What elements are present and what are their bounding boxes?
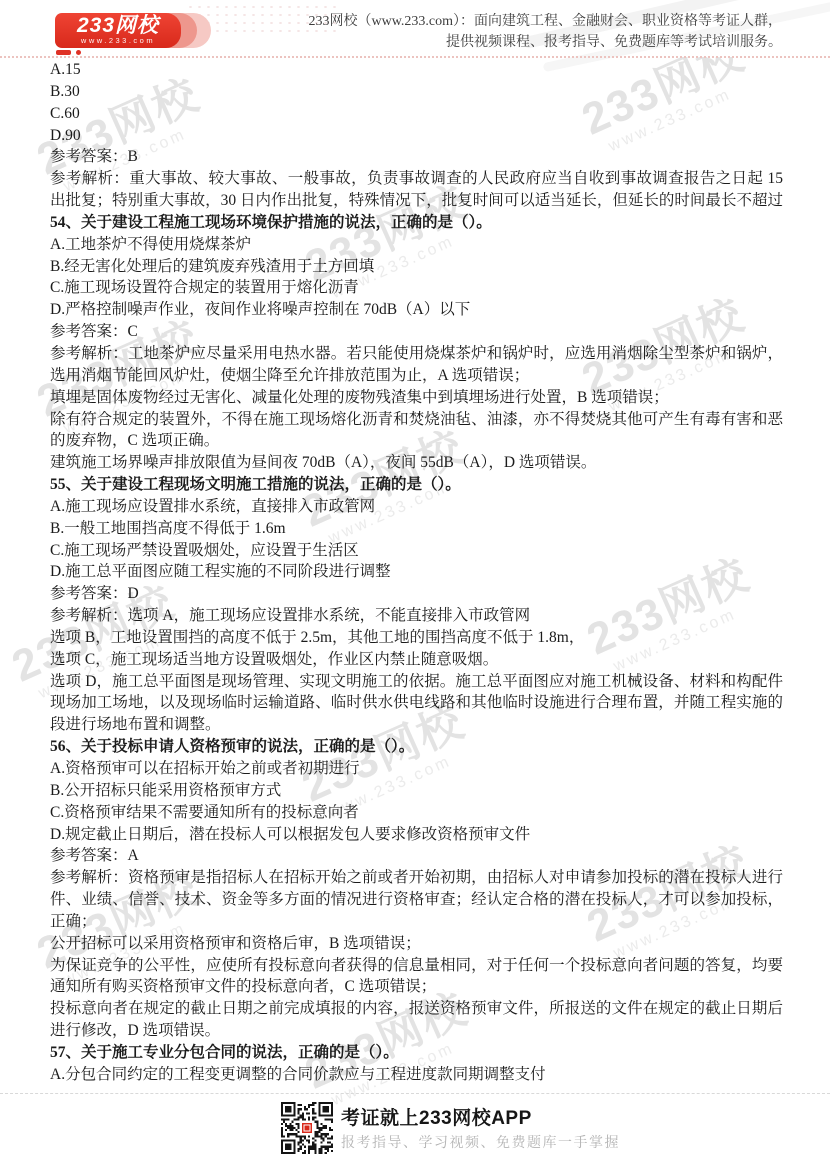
qr-code-image xyxy=(281,1102,333,1154)
text-line: 的废弃物，C 选项正确。 xyxy=(50,430,783,452)
text-line: 通知所有购买资格预审文件的投标意向者，C 选项错误； xyxy=(50,976,783,998)
question-title-line: 55、关于建设工程现场文明施工措施的说法，正确的是（）。 xyxy=(50,474,783,496)
qr-code xyxy=(281,1102,333,1154)
text-line: 选用消烟节能回风炉灶，使烟尘降至允许排放范围为止，A 选项错误； xyxy=(50,365,783,387)
text-line: 段进行场地布置和调整。 xyxy=(50,714,783,736)
document-page: 233网校www.233.com233网校www.233.com233网校www… xyxy=(0,0,830,1175)
content: A.15B.30C.60D.90参考答案：B参考解析：重大事故、较大事故、一般事… xyxy=(50,59,783,1086)
text-line: D.90 xyxy=(50,125,783,147)
text-line: 出批复；特别重大事故，30 日内作出批复，特殊情况下，批复时间可以适当延长，但延… xyxy=(50,190,783,212)
text-line: 公开招标可以采用资格预审和资格后审，B 选项错误； xyxy=(50,933,783,955)
text-line: 填埋是固体废物经过无害化、减量化处理的废物残渣集中到填埋场进行处置，B 选项错误… xyxy=(50,387,783,409)
logo-underline-dot xyxy=(76,50,81,55)
text-line: B.经无害化处理后的建筑废弃残渣用于土方回填 xyxy=(50,256,783,278)
text-line: C.60 xyxy=(50,103,783,125)
text-line: A.工地茶炉不得使用烧煤茶炉 xyxy=(50,234,783,256)
text-line: 参考答案：B xyxy=(50,146,783,168)
text-line: A.15 xyxy=(50,59,783,81)
brand-logo: 233网校 www.233.com xyxy=(55,13,205,48)
text-line: 参考解析：资格预审是指招标人在招标开始之前或者开始初期，由招标人对申请参加投标的… xyxy=(50,867,783,889)
text-line: 参考答案：A xyxy=(50,845,783,867)
footer-app-title: 考证就上233网校APP xyxy=(341,1103,532,1130)
text-line: D.规定截止日期后，潜在投标人可以根据发包人要求修改资格预审文件 xyxy=(50,824,783,846)
question-title-line: 56、关于投标申请人资格预审的说法，正确的是（）。 xyxy=(50,736,783,758)
logo-badge: 233网校 www.233.com xyxy=(55,13,181,48)
footer-separator xyxy=(0,1093,830,1094)
text-line: A.分包合同约定的工程变更调整的合同价款应与工程进度款同期调整支付 xyxy=(50,1064,783,1086)
text-line: 选项 D，施工总平面图是现场管理、实现文明施工的依据。施工总平面图应对施工机械设… xyxy=(50,671,783,693)
text-line: C.施工现场设置符合规定的装置用于熔化沥青 xyxy=(50,277,783,299)
logo-domain-text: www.233.com xyxy=(55,37,181,45)
question-title-line: 54、关于建设工程施工现场环境保护措施的说法，正确的是（）。 xyxy=(50,212,783,234)
text-line: B.一般工地围挡高度不得低于 1.6m xyxy=(50,518,783,540)
header-separator xyxy=(0,56,830,58)
text-line: D.施工总平面图应随工程实施的不同阶段进行调整 xyxy=(50,561,783,583)
header-tagline: 233网校（www.233.com）：面向建筑工程、金融财会、职业资格等考证人群… xyxy=(308,11,782,53)
text-line: C.资格预审结果不需要通知所有的投标意向者 xyxy=(50,802,783,824)
text-line: C.施工现场严禁设置吸烟处，应设置于生活区 xyxy=(50,540,783,562)
text-line: 为保证竞争的公平性，应使所有投标意向者获得的信息量相同，对于任何一个投标意向者问… xyxy=(50,955,783,977)
text-line: 参考答案：C xyxy=(50,321,783,343)
text-line: 参考答案：D xyxy=(50,583,783,605)
text-line: 选项 C，施工现场适当地方设置吸烟处，作业区内禁止随意吸烟。 xyxy=(50,649,783,671)
text-line: D.严格控制噪声作业，夜间作业将噪声控制在 70dB（A）以下 xyxy=(50,299,783,321)
header-tagline-line1: 233网校（www.233.com）：面向建筑工程、金融财会、职业资格等考证人群… xyxy=(308,11,782,32)
text-line: 进行修改，D 选项错误。 xyxy=(50,1020,783,1042)
text-line: 正确； xyxy=(50,911,783,933)
logo-brand-text: 233网校 xyxy=(55,14,181,37)
text-line: 除有符合规定的装置外，不得在施工现场熔化沥青和焚烧油毡、油漆，亦不得焚烧其他可产… xyxy=(50,409,783,431)
text-line: 件、业绩、信誉、技术、资金等多方面的情况进行资格审查；经认定合格的潜在投标人，才… xyxy=(50,889,783,911)
footer-app-subtitle: 报考指导、学习视频、免费题库一手掌握 xyxy=(341,1132,620,1152)
text-line: 参考解析：工地茶炉应尽量采用电热水器。若只能使用烧煤茶炉和锅炉时，应选用消烟除尘… xyxy=(50,343,783,365)
text-line: B.公开招标只能采用资格预审方式 xyxy=(50,780,783,802)
text-line: 选项 B，工地设置围挡的高度不低于 2.5m，其他工地的围挡高度不低于 1.8m… xyxy=(50,627,783,649)
logo-underline-bar xyxy=(56,50,71,55)
text-line: B.30 xyxy=(50,81,783,103)
text-line: A.资格预审可以在招标开始之前或者初期进行 xyxy=(50,758,783,780)
header-tagline-line2: 提供视频课程、报考指导、免费题库等考试培训服务。 xyxy=(308,32,782,53)
text-line: A.施工现场应设置排水系统，直接排入市政管网 xyxy=(50,496,783,518)
text-line: 现场加工场地，以及现场临时运输道路、临时供水供电线路和其他临时设施进行合理布置，… xyxy=(50,692,783,714)
text-line: 建筑施工场界噪声排放限值为昼间夜 70dB（A），夜间 55dB（A），D 选项… xyxy=(50,452,783,474)
text-line: 参考解析：选项 A，施工现场应设置排水系统，不能直接排入市政管网 xyxy=(50,605,783,627)
text-line: 投标意向者在规定的截止日期之前完成填报的内容，报送资格预审文件，所报送的文件在规… xyxy=(50,998,783,1020)
text-line: 参考解析：重大事故、较大事故、一般事故，负责事故调查的人民政府应当自收到事故调查… xyxy=(50,168,783,190)
question-title-line: 57、关于施工专业分包合同的说法，正确的是（）。 xyxy=(50,1042,783,1064)
